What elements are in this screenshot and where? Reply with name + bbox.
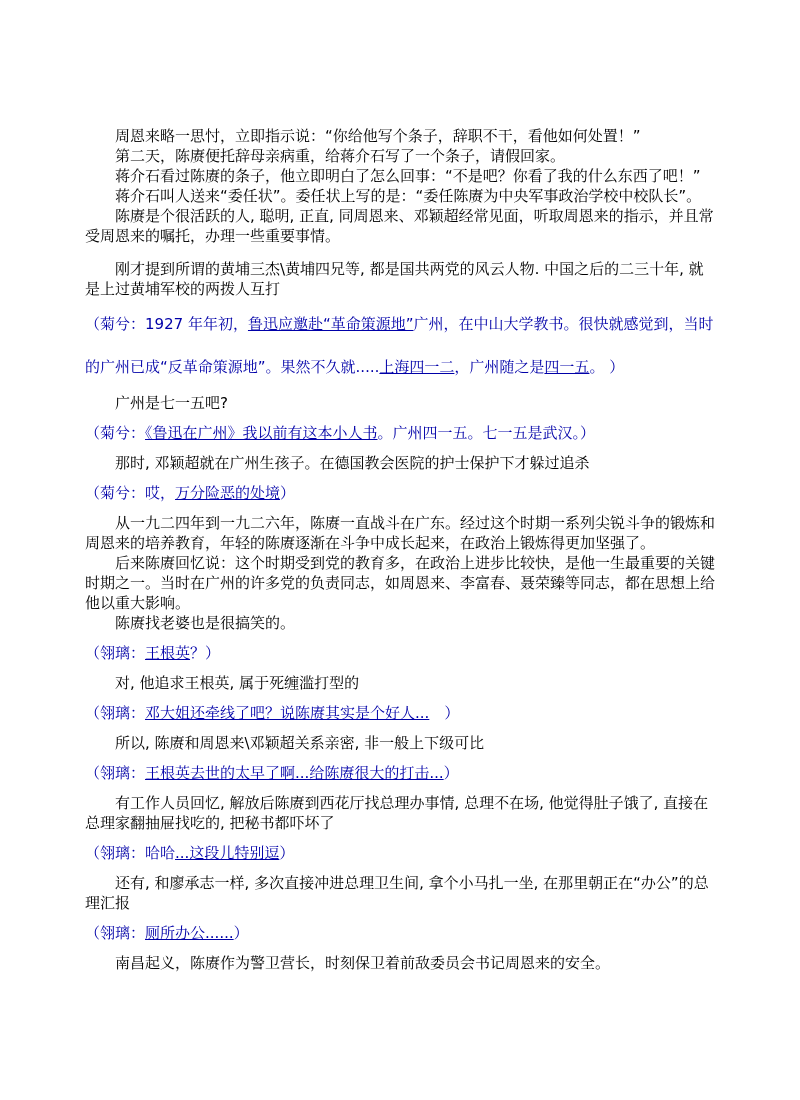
narration-text: 蒋介石叫人送来“委任状”。委任状上写的是：“委任陈赓为中央军事政治学校中校队长”… <box>115 187 701 205</box>
narration-paragraph: 刚才提到所谓的黄埔三杰\黄埔四兄等, 都是国共两党的风云人物. 中国之后的二三十… <box>85 259 715 299</box>
comment-link[interactable]: ...这段儿特别逗 <box>175 844 279 862</box>
reader-comment: （菊兮：《鲁迅在广州》我以前有这本小人书。广州四一五。七一五是武汉。） <box>85 423 715 443</box>
comment-link[interactable]: 王根英 <box>145 644 190 662</box>
reader-comment: （翎璃：哈哈...这段儿特别逗） <box>85 843 715 863</box>
comment-text: ，广州随之是 <box>454 358 544 376</box>
narration-paragraph: 从一九二四年到一九二六年，陈赓一直战斗在广东。经过这个时期一系列尖锐斗争的锻炼和… <box>85 513 715 553</box>
comment-link[interactable]: 邓大姐还牵线了吧？说陈赓其实是个好人... <box>145 704 429 722</box>
comment-text: （翎璃： <box>85 924 145 942</box>
comment-text: （翎璃： <box>85 644 145 662</box>
comment-text: （菊兮： <box>85 424 145 442</box>
comment-text: 。广州四一五。七一五是武汉。） <box>378 424 596 442</box>
narration-paragraph: 后来陈赓回忆说：这个时期受到党的教育多，在政治上进步比较快，是他一生最重要的关键… <box>85 553 715 613</box>
comment-text: ） <box>234 924 249 942</box>
narration-text: 刚才提到所谓的黄埔三杰\黄埔四兄等, 都是国共两党的风云人物. 中国之后的二三十… <box>85 260 704 298</box>
narration-paragraph: 陈赓是个很活跃的人, 聪明, 正直, 同周恩来、邓颖超经常见面，听取周恩来的指示… <box>85 206 715 246</box>
reader-comment: （菊兮：1927 年年初，鲁迅应邀赴“革命策源地”广州，在中山大学教书。很快就感… <box>85 303 715 389</box>
narration-text: 南昌起义，陈赓作为警卫营长，时刻保卫着前敌委员会书记周恩来的安全。 <box>115 954 610 972</box>
reader-comment: （翎璃：邓大姐还牵线了吧？说陈赓其实是个好人... ） <box>85 703 715 723</box>
narration-paragraph: 还有, 和廖承志一样, 多次直接冲进总理卫生间, 拿个小马扎一坐, 在那里朝正在… <box>85 873 715 913</box>
comment-link[interactable]: 厕所办公...... <box>145 924 234 942</box>
comment-link[interactable]: 上海四一二 <box>379 358 454 376</box>
comment-link[interactable]: 鲁迅应邀赴“革命策源地” <box>248 315 414 333</box>
narration-text: 从一九二四年到一九二六年，陈赓一直战斗在广东。经过这个时期一系列尖锐斗争的锻炼和… <box>85 514 715 552</box>
comment-text: ） <box>444 764 459 782</box>
comment-text: （翎璃：哈哈 <box>85 844 175 862</box>
narration-paragraph: 有工作人员回忆, 解放后陈赓到西花厅找总理办事情, 总理不在场, 他觉得肚子饿了… <box>85 793 715 833</box>
narration-paragraph: 对, 他追求王根英, 属于死缠滥打型的 <box>85 673 715 693</box>
narration-paragraph: 南昌起义，陈赓作为警卫营长，时刻保卫着前敌委员会书记周恩来的安全。 <box>85 953 715 973</box>
comment-text: ） <box>280 484 295 502</box>
narration-text: 周恩来略一思忖，立即指示说：“你给他写个条子，辞职不干，看他如何处置！” <box>115 127 641 145</box>
narration-paragraph: 周恩来略一思忖，立即指示说：“你给他写个条子，辞职不干，看他如何处置！” <box>85 126 715 146</box>
narration-text: 还有, 和廖承志一样, 多次直接冲进总理卫生间, 拿个小马扎一坐, 在那里朝正在… <box>85 874 709 912</box>
narration-paragraph: 所以, 陈赓和周恩来\邓颖超关系亲密, 非一般上下级可比 <box>85 733 715 753</box>
comment-text: ） <box>429 704 459 722</box>
narration-text: 陈赓是个很活跃的人, 聪明, 正直, 同周恩来、邓颖超经常见面，听取周恩来的指示… <box>85 207 714 245</box>
narration-text: 那时, 邓颖超就在广州生孩子。在德国教会医院的护士保护下才躲过追杀 <box>115 454 590 472</box>
narration-text: 后来陈赓回忆说：这个时期受到党的教育多，在政治上进步比较快，是他一生最重要的关键… <box>85 554 715 612</box>
document-body: 周恩来略一思忖，立即指示说：“你给他写个条子，辞职不干，看他如何处置！”第二天，… <box>85 126 715 973</box>
reader-comment: （菊兮：哎，万分险恶的处境） <box>85 483 715 503</box>
comment-text: ） <box>279 844 294 862</box>
narration-text: 广州是七一五吧? <box>115 394 228 412</box>
narration-text: 有工作人员回忆, 解放后陈赓到西花厅找总理办事情, 总理不在场, 他觉得肚子饿了… <box>85 794 708 832</box>
narration-paragraph: 第二天，陈赓便托辞母亲病重，给蒋介石写了一个条子，请假回家。 <box>85 146 715 166</box>
narration-paragraph: 那时, 邓颖超就在广州生孩子。在德国教会医院的护士保护下才躲过追杀 <box>85 453 715 473</box>
comment-text: 。 ） <box>589 358 624 376</box>
narration-text: 第二天，陈赓便托辞母亲病重，给蒋介石写了一个条子，请假回家。 <box>115 147 565 165</box>
comment-text: （菊兮：哎， <box>85 484 175 502</box>
narration-text: 陈赓找老婆也是很搞笑的。 <box>115 614 295 632</box>
comment-text: ？） <box>190 644 220 662</box>
comment-text: （翎璃： <box>85 764 145 782</box>
narration-paragraph: 蒋介石叫人送来“委任状”。委任状上写的是：“委任陈赓为中央军事政治学校中校队长”… <box>85 186 715 206</box>
narration-paragraph: 广州是七一五吧? <box>85 393 715 413</box>
comment-link[interactable]: 万分险恶的处境 <box>175 484 280 502</box>
narration-text: 蒋介石看过陈赓的条子，他立即明白了怎么回事：“不是吧？你看了我的什么东西了吧！” <box>115 167 701 185</box>
comment-link[interactable]: 王根英去世的太早了啊...给陈赓很大的打击... <box>145 764 444 782</box>
reader-comment: （翎璃：王根英去世的太早了啊...给陈赓很大的打击...） <box>85 763 715 783</box>
comment-link[interactable]: 四一五 <box>544 358 589 376</box>
narration-text: 所以, 陈赓和周恩来\邓颖超关系亲密, 非一般上下级可比 <box>115 734 484 752</box>
reader-comment: （翎璃：王根英？） <box>85 643 715 663</box>
comment-text: （翎璃： <box>85 704 145 722</box>
narration-paragraph: 陈赓找老婆也是很搞笑的。 <box>85 613 715 633</box>
comment-text: （菊兮：1927 年年初， <box>85 315 248 333</box>
reader-comment: （翎璃：厕所办公......） <box>85 923 715 943</box>
document-page: 周恩来略一思忖，立即指示说：“你给他写个条子，辞职不干，看他如何处置！”第二天，… <box>0 0 800 1100</box>
narration-text: 对, 他追求王根英, 属于死缠滥打型的 <box>115 674 359 692</box>
narration-paragraph: 蒋介石看过陈赓的条子，他立即明白了怎么回事：“不是吧？你看了我的什么东西了吧！” <box>85 166 715 186</box>
comment-link[interactable]: 《鲁迅在广州》我以前有这本小人书 <box>145 424 378 442</box>
